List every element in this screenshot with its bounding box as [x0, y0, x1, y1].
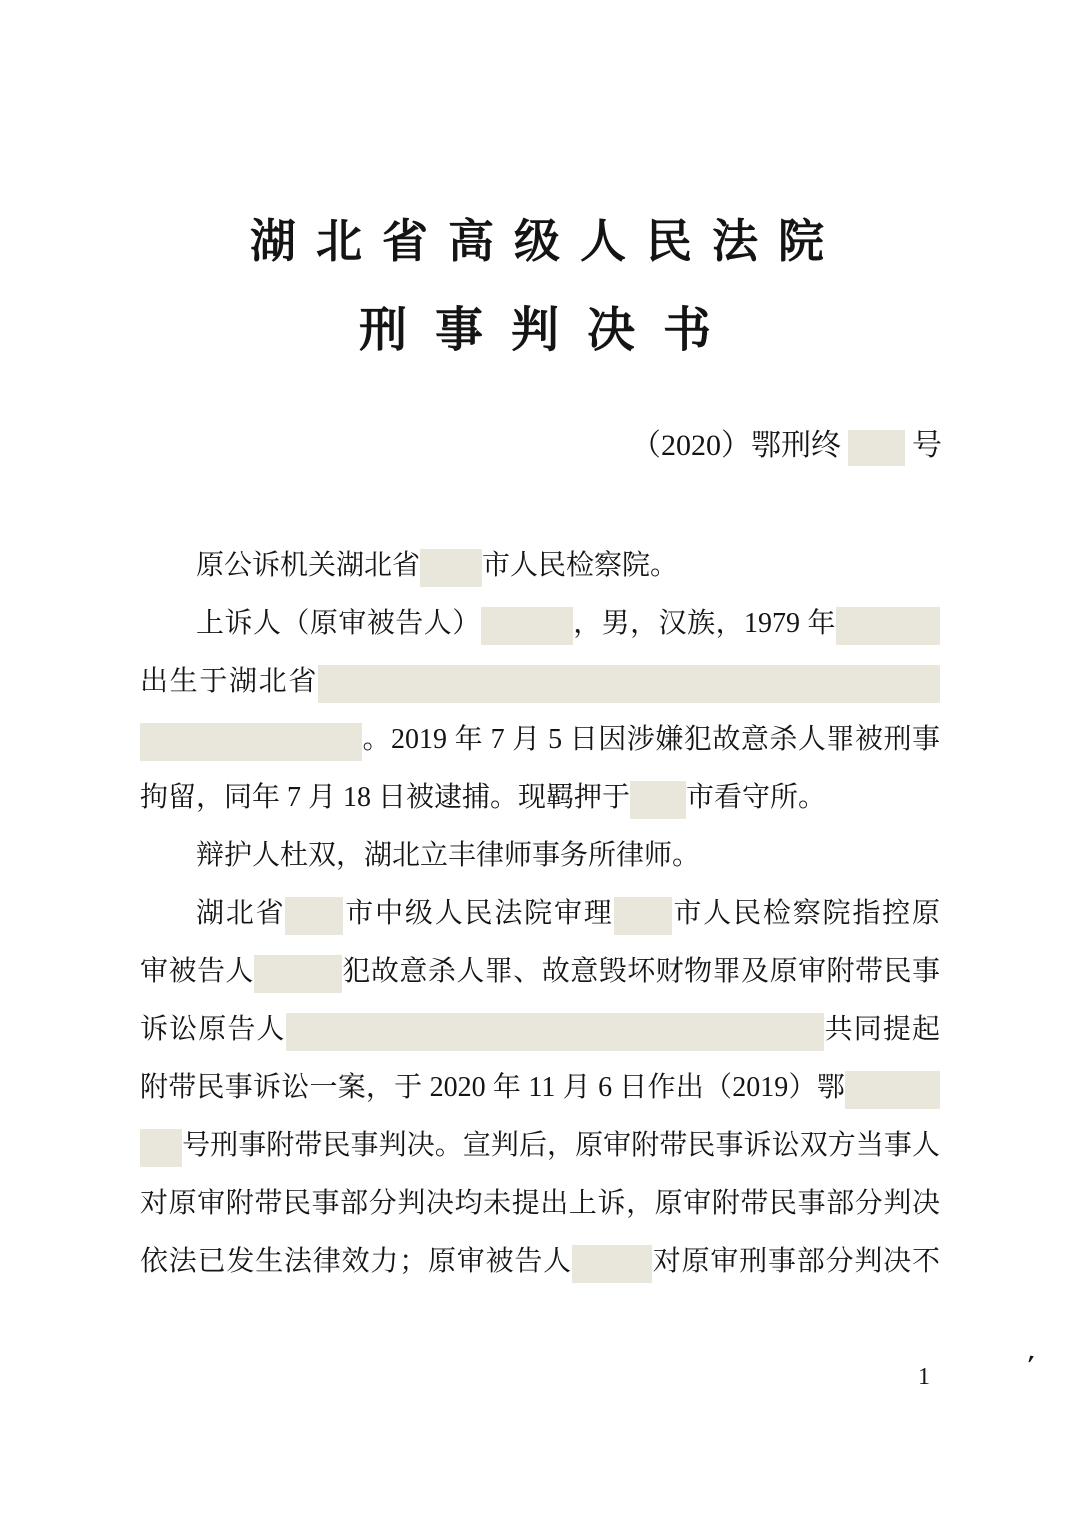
text-segment: 诉讼原告人	[140, 1014, 286, 1045]
text-segment: 市看守所。	[686, 782, 826, 813]
text-segment: 对原审刑事部分判决不	[652, 1246, 940, 1277]
redaction-box	[614, 897, 672, 935]
redaction-box	[420, 549, 482, 587]
redaction-box	[285, 897, 343, 935]
redaction-box	[318, 665, 940, 703]
text-line: 原公诉机关湖北省市人民检察院。	[140, 537, 940, 595]
page-number: 1	[918, 1364, 930, 1391]
redaction-box	[572, 1245, 652, 1283]
document-type-title: 刑事判决书	[0, 291, 1080, 360]
text-segment: 号	[912, 429, 942, 462]
text-segment: 市人民检察院。	[482, 550, 678, 581]
page-container: 湖北省高级人民法院 刑事判决书 （2020）鄂刑终号 原公诉机关湖北省市人民检察…	[0, 0, 1080, 1529]
text-line: 出生于湖北省	[140, 653, 940, 711]
text-segment: 上诉人（原审被告人）	[196, 608, 481, 639]
text-segment: 犯故意杀人罪、故意毁坏财物罪及原审附带民事	[342, 956, 940, 987]
text-segment: 湖北省	[196, 898, 285, 929]
text-line: 审被告人犯故意杀人罪、故意毁坏财物罪及原审附带民事	[140, 943, 940, 1001]
text-segment: 共同提起	[824, 1014, 940, 1045]
text-line: 湖北省市中级人民法院审理市人民检察院指控原	[140, 885, 940, 943]
text-segment: 市人民检察院指控原	[672, 898, 940, 929]
text-line: 号刑事附带民事判决。宣判后，原审附带民事诉讼双方当事人	[140, 1117, 940, 1175]
text-segment: 号刑事附带民事判决。宣判后，原审附带民事诉讼双方当事人	[182, 1130, 940, 1161]
case-number-line: （2020）鄂刑终号	[631, 424, 942, 468]
text-segment: ，男，汉族，1979 年	[573, 608, 836, 639]
text-segment: 附带民事诉讼一案，于 2020 年 11 月 6 日作出（2019）鄂	[140, 1072, 845, 1103]
redaction-box	[286, 1013, 824, 1051]
scan-artifact: ʹ	[1023, 1350, 1036, 1383]
text-line: 。2019 年 7 月 5 日因涉嫌犯故意杀人罪被刑事	[140, 711, 940, 769]
redaction-box	[140, 1129, 182, 1167]
redaction-box	[481, 607, 573, 645]
text-line: 附带民事诉讼一案，于 2020 年 11 月 6 日作出（2019）鄂	[140, 1059, 940, 1117]
redaction-box	[630, 781, 686, 819]
redaction-box	[836, 607, 940, 645]
text-line: 拘留，同年 7 月 18 日被逮捕。现羁押于市看守所。	[140, 769, 940, 827]
text-segment: 出生于湖北省	[140, 666, 318, 697]
text-segment: 原公诉机关湖北省	[196, 550, 420, 581]
text-segment: （2020）鄂刑终	[631, 429, 841, 462]
document-body: 原公诉机关湖北省市人民检察院。上诉人（原审被告人），男，汉族，1979 年出生于…	[140, 537, 940, 1291]
redaction-box	[845, 1071, 940, 1109]
text-line: 对原审附带民事部分判决均未提出上诉，原审附带民事部分判决	[140, 1175, 940, 1233]
redaction-box	[848, 430, 905, 466]
text-line: 上诉人（原审被告人），男，汉族，1979 年	[140, 595, 940, 653]
text-line: 诉讼原告人共同提起	[140, 1001, 940, 1059]
text-segment: 拘留，同年 7 月 18 日被逮捕。现羁押于	[140, 782, 630, 813]
text-segment: 依法已发生法律效力；原审被告人	[140, 1246, 572, 1277]
text-segment: 审被告人	[140, 956, 254, 987]
text-line: 辩护人杜双，湖北立丰律师事务所律师。	[140, 827, 940, 885]
redaction-box	[140, 723, 362, 761]
redaction-box	[254, 955, 342, 993]
text-segment: 辩护人杜双，湖北立丰律师事务所律师。	[196, 840, 700, 871]
court-name-title: 湖北省高级人民法院	[0, 205, 1080, 271]
text-line: 依法已发生法律效力；原审被告人对原审刑事部分判决不	[140, 1233, 940, 1291]
text-segment: 对原审附带民事部分判决均未提出上诉，原审附带民事部分判决	[140, 1188, 940, 1219]
text-segment: 。2019 年 7 月 5 日因涉嫌犯故意杀人罪被刑事	[362, 724, 940, 755]
text-segment: 市中级人民法院审理	[343, 898, 613, 929]
